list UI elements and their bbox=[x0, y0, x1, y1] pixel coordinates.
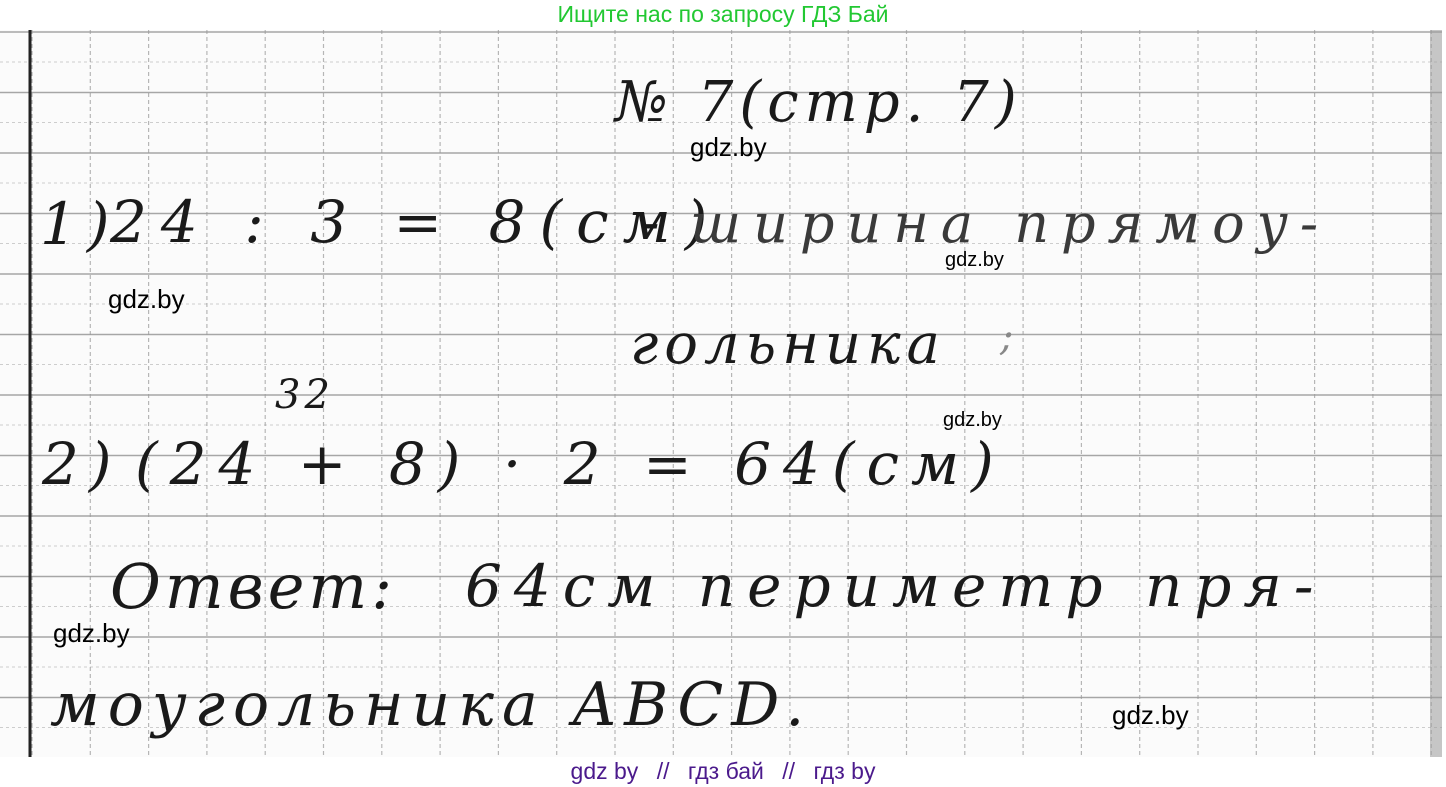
notebook-page: № 7(стр. 7) 1) 24 : 3 = 8(см) - ширина п… bbox=[0, 30, 1446, 757]
watermark: gdz.by bbox=[945, 249, 1004, 272]
footer-link-gdz-bai[interactable]: гдз бай bbox=[688, 758, 764, 784]
footer-separator: // bbox=[657, 758, 670, 784]
step2-expression: (24 + 8) · 2 = 64(см) bbox=[135, 430, 1006, 498]
answer-label: Ответ: bbox=[110, 550, 396, 623]
step1-expression: 24 : 3 = 8(см) bbox=[110, 188, 721, 256]
step1-text-line1: ширина прямоу- bbox=[690, 192, 1330, 255]
watermark: gdz.by bbox=[1112, 700, 1189, 731]
step1-text-line2: гольника bbox=[630, 312, 946, 377]
footer-separator: // bbox=[782, 758, 795, 784]
step1-number: 1) bbox=[40, 190, 120, 258]
exercise-title: № 7(стр. 7) bbox=[615, 70, 1023, 135]
step2-annotation: 32 bbox=[275, 372, 334, 418]
watermark: gdz.by bbox=[690, 132, 767, 163]
step2-number: 2) bbox=[42, 430, 122, 498]
step1-mark: ; bbox=[1000, 314, 1023, 360]
footer-link-gdz-by-cyr[interactable]: гдз by bbox=[813, 758, 875, 784]
answer-line2: моугольника ABCD. bbox=[50, 670, 812, 740]
search-banner: Ищите нас по запросу ГДЗ Бай bbox=[0, 0, 1446, 30]
footer-link-gdz-by[interactable]: gdz by bbox=[571, 758, 639, 784]
footer-links: gdz by // гдз бай // гдз by bbox=[0, 757, 1446, 787]
step1-dash: - bbox=[640, 188, 670, 256]
watermark: gdz.by bbox=[943, 409, 1002, 432]
watermark: gdz.by bbox=[108, 284, 185, 315]
answer-line1: 64см периметр пря- bbox=[465, 552, 1325, 620]
watermark: gdz.by bbox=[53, 618, 130, 649]
